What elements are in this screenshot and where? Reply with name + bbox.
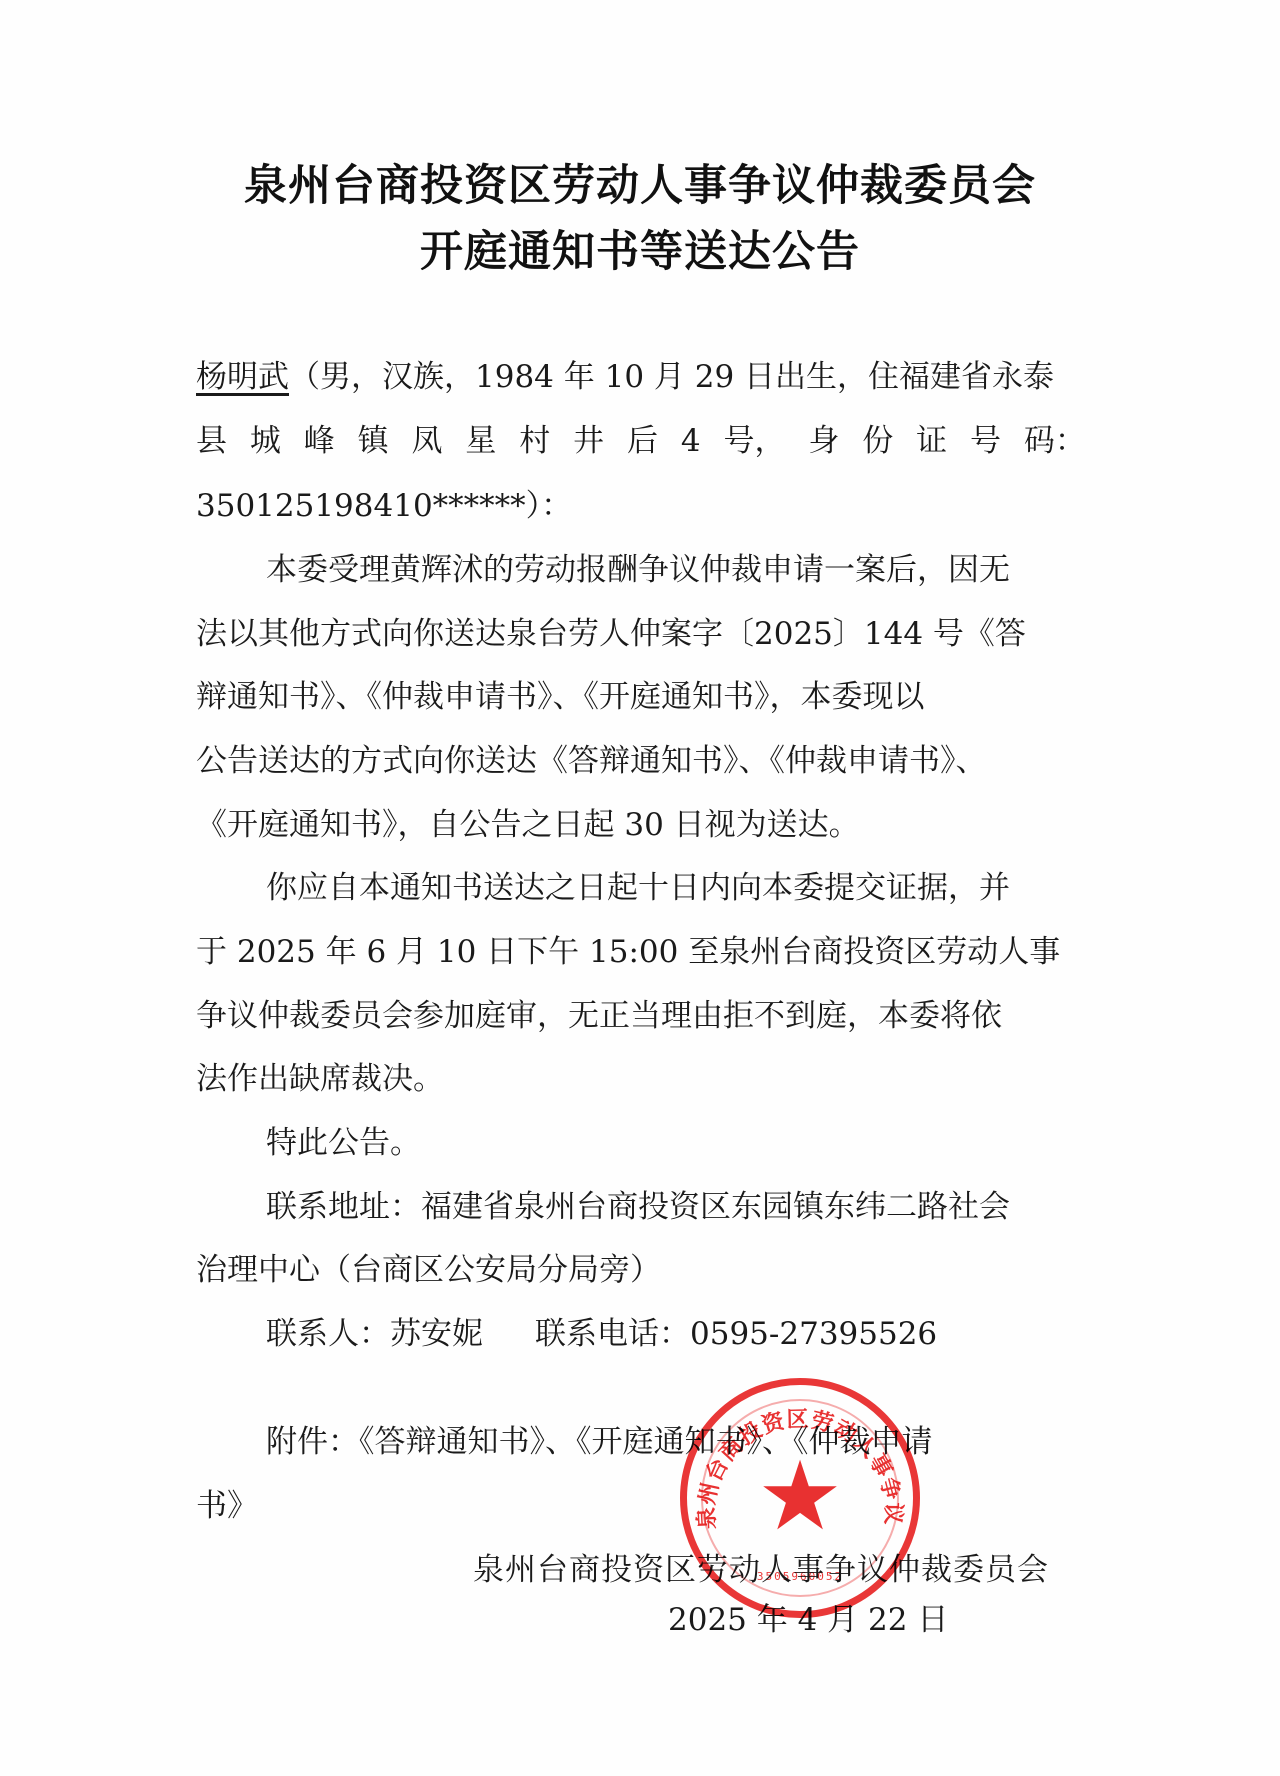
addressee-id-number: 350125198410******）： bbox=[196, 486, 1086, 526]
paragraph-1-line-1: 本委受理黄辉沭的劳动报酬争议仲裁申请一案后，因无 bbox=[266, 550, 1086, 590]
title-line-2: 开庭通知书等送达公告 bbox=[0, 218, 1280, 279]
paragraph-1-line-4: 公告送达的方式向你送达《答辩通知书》、《仲裁申请书》、 bbox=[196, 741, 1086, 781]
contact-person-label: 联系人： bbox=[266, 1316, 390, 1352]
addr-char: 镇 bbox=[358, 421, 389, 461]
addr-char: 码： bbox=[1024, 421, 1086, 461]
paragraph-2-line-2: 于 2025 年 6 月 10 日下午 15:00 至泉州台商投资区劳动人事 bbox=[196, 932, 1086, 972]
paragraph-2-line-1: 你应自本通知书送达之日起十日内向本委提交证据，并 bbox=[266, 868, 1086, 908]
contact-address-line-2: 治理中心（台商区公安局分局旁） bbox=[196, 1250, 1086, 1290]
contact-phone: 0595-27395526 bbox=[690, 1316, 937, 1352]
addr-char: 身 bbox=[808, 421, 839, 461]
paragraph-1-line-5: 《开庭通知书》，自公告之日起 30 日视为送达。 bbox=[196, 805, 1086, 845]
issuer-signature: 泉州台商投资区劳动人事争议仲裁委员会 bbox=[473, 1550, 1049, 1590]
attachments-line-1: 附件：《答辩通知书》、《开庭通知书》、《仲裁申请 bbox=[266, 1422, 1086, 1462]
contact-address-line-1: 联系地址：福建省泉州台商投资区东园镇东纬二路社会 bbox=[266, 1187, 1086, 1227]
attachments-line-2: 书》 bbox=[196, 1486, 1086, 1526]
closing-statement: 特此公告。 bbox=[266, 1123, 1086, 1163]
addr-char: 号， bbox=[723, 421, 785, 461]
addressee-line-1: 杨明武（男，汉族，1984 年 10 月 29 日出生，住福建省永泰 bbox=[196, 357, 1086, 397]
title-line-1: 泉州台商投资区劳动人事争议仲裁委员会 bbox=[0, 152, 1280, 213]
addressee-name: 杨明武 bbox=[196, 359, 289, 395]
addr-char: 号 bbox=[970, 421, 1001, 461]
paragraph-1-line-2: 法以其他方式向你送达泉台劳人仲案字〔2025〕144 号《答 bbox=[196, 614, 1086, 654]
paragraph-2-line-4: 法作出缺席裁决。 bbox=[196, 1059, 1086, 1099]
addressee-line-2: 县 城 峰 镇 凤 星 村 井 后 4 号， 身 份 证 号 码： bbox=[196, 421, 1086, 461]
addr-char: 村 bbox=[519, 421, 550, 461]
addr-char: 凤 bbox=[412, 421, 443, 461]
addr-char: 县 bbox=[196, 421, 227, 461]
contact-phone-label: 联系电话： bbox=[535, 1316, 690, 1352]
addr-char: 份 bbox=[862, 421, 893, 461]
addr-char: 峰 bbox=[304, 421, 335, 461]
issue-date: 2025 年 4 月 22 日 bbox=[668, 1600, 948, 1640]
contact-person: 苏安妮 bbox=[390, 1316, 483, 1352]
addr-char: 4 bbox=[681, 421, 701, 461]
paragraph-1-line-3: 辩通知书》、《仲裁申请书》、《开庭通知书》，本委现以 bbox=[196, 677, 1086, 717]
addr-char: 证 bbox=[916, 421, 947, 461]
contact-person-line: 联系人：苏安妮联系电话：0595-27395526 bbox=[266, 1314, 1086, 1354]
notice-page: 泉州台商投资区劳动人事争议仲裁委员会 开庭通知书等送达公告 杨明武（男，汉族，1… bbox=[0, 0, 1280, 1776]
addr-char: 井 bbox=[573, 421, 604, 461]
addr-char: 星 bbox=[465, 421, 496, 461]
addressee-details: （男，汉族，1984 年 10 月 29 日出生，住福建省永泰 bbox=[289, 359, 1054, 395]
addr-char: 城 bbox=[250, 421, 281, 461]
paragraph-2-line-3: 争议仲裁委员会参加庭审，无正当理由拒不到庭，本委将依 bbox=[196, 996, 1086, 1036]
addr-char: 后 bbox=[627, 421, 658, 461]
